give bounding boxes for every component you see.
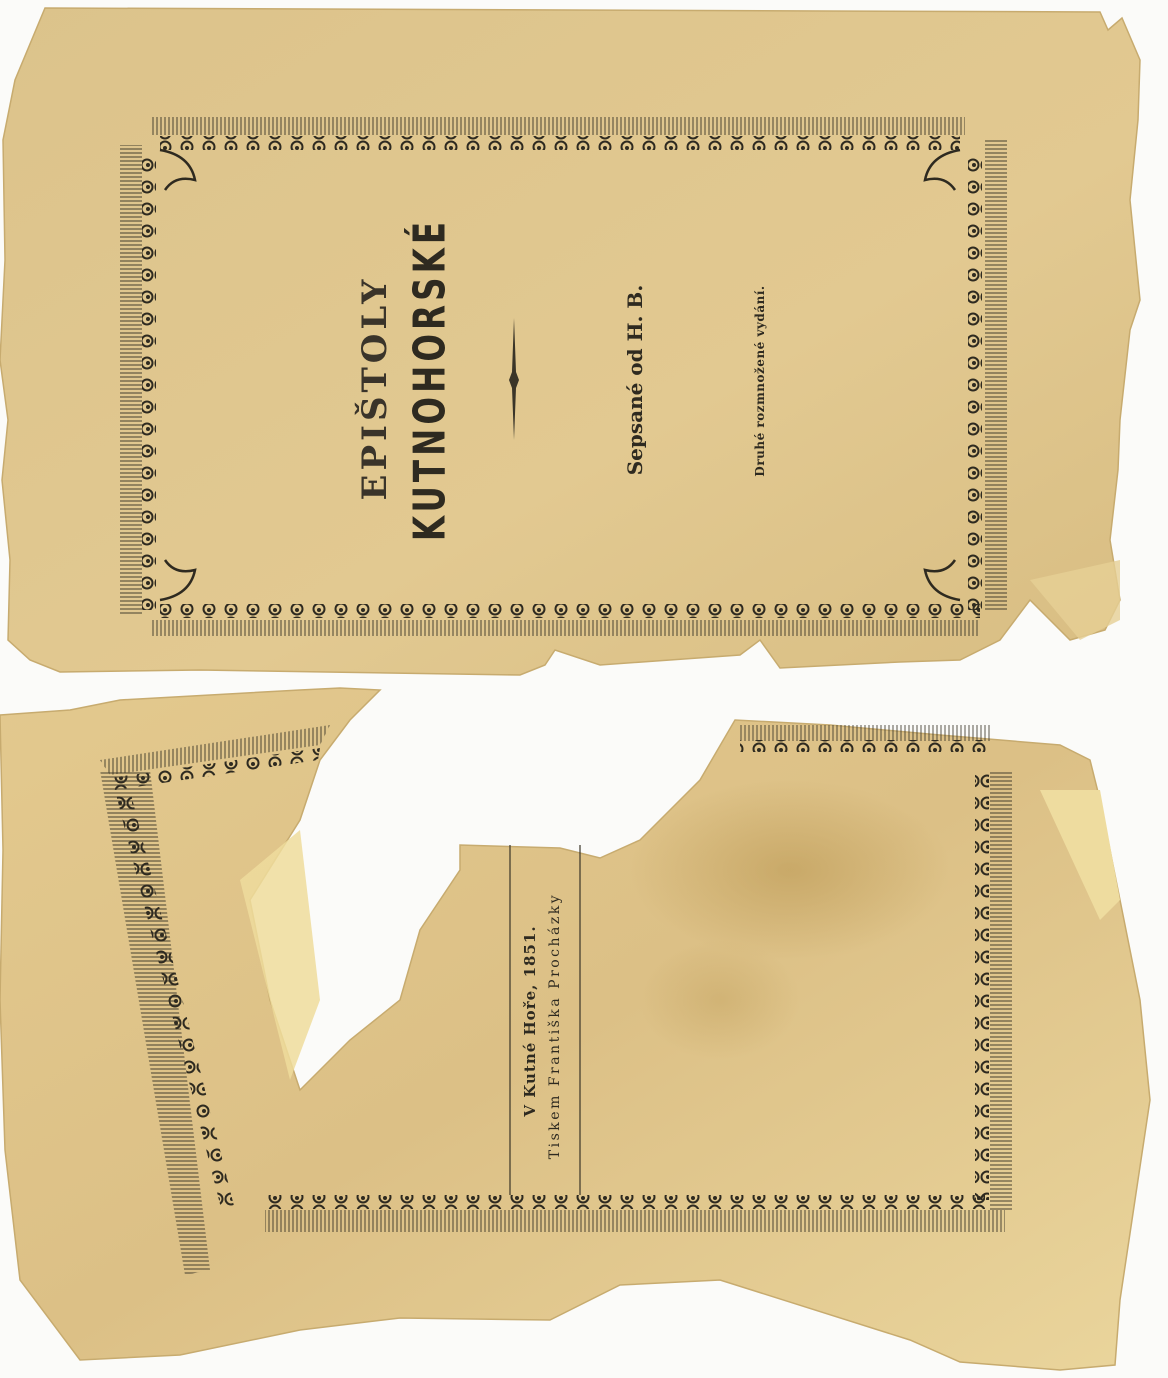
scan-canvas — [0, 0, 1168, 1378]
title-line-1: EPIŠTOLY — [355, 238, 395, 538]
imprint-place-year: V Kutné Hoře, 1851. — [521, 886, 539, 1156]
author-line: Sepsané od H. B. — [623, 265, 647, 495]
title-line-2: KUTNOHORSKÉ — [405, 195, 456, 564]
edition-line: Druhé rozmnožené vydání. — [753, 261, 767, 501]
imprint-printer: Tiskem Františka Procházky — [547, 876, 563, 1176]
